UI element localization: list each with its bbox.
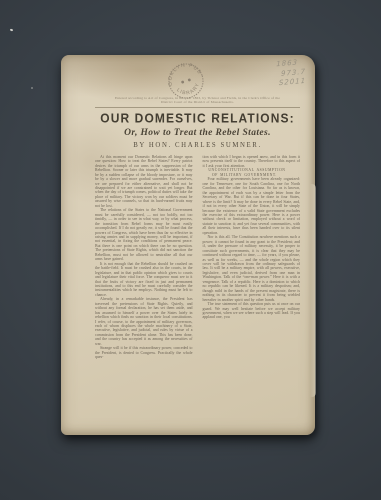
dust-speck — [31, 87, 33, 89]
page-content: Entered according to Act of Congress, in… — [95, 96, 300, 438]
stamp-center-mark — [188, 78, 192, 82]
paragraph: At this moment our Domestic Relations al… — [95, 155, 193, 208]
paragraph: It is not enough that the Rebellion shou… — [95, 262, 193, 298]
section-heading: Unconstitutional Assumption of Military … — [203, 168, 287, 177]
dust-speck — [10, 29, 14, 32]
page-title: OUR DOMESTIC RELATIONS: — [95, 110, 300, 125]
imprint-line-2: District Court of the District of Massac… — [95, 100, 300, 104]
left-column: At this moment our Domestic Relations al… — [95, 155, 193, 438]
paragraph: Already, in a remarkable instance, the P… — [95, 297, 193, 346]
paragraph: Nor is this all. The Constitution nowher… — [203, 235, 301, 302]
paragraph: Strange will it be if this extraordinary… — [95, 346, 193, 359]
pamphlet-page: BROOKLYN PUBLIC LIBRARY 1863 973.7 S2011… — [61, 55, 315, 435]
copyright-imprint: Entered according to Act of Congress, in… — [95, 96, 300, 108]
paragraph: Four military governments have been alre… — [203, 177, 301, 235]
right-column: tion with which I began is opened anew, … — [203, 155, 301, 438]
page-subtitle: Or, How to Treat the Rebel States. — [95, 128, 300, 138]
pencil-line: S2011 — [279, 77, 306, 89]
article-columns: At this moment our Domestic Relations al… — [95, 155, 300, 438]
paragraph: The true statement of this question puts… — [203, 302, 301, 320]
author-byline: BY HON. CHARLES SUMNER. — [95, 142, 300, 149]
pencil-call-number: 1863 973.7 S2011 — [276, 58, 307, 89]
stamp-center-mark — [181, 80, 185, 84]
paragraph-continuation: tion with which I began is opened anew, … — [203, 155, 301, 168]
paragraph: The relations of the States to the Natio… — [95, 208, 193, 261]
